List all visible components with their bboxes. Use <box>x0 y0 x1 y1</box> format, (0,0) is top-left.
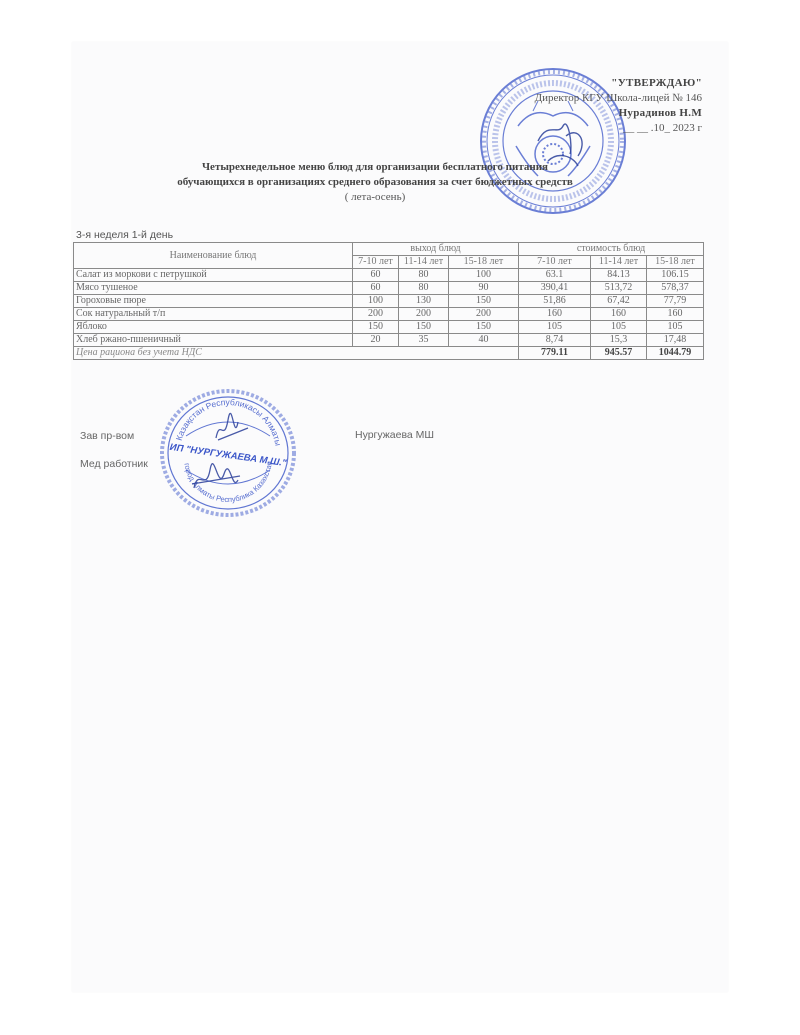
title-line-3: ( лета-осень) <box>150 190 600 205</box>
header-row: Наименование блюд выход блюд стоимость б… <box>74 243 704 256</box>
table-row: Сок натуральный т/п200200200160160160 <box>74 308 704 321</box>
cost-age-1: 7-10 лет <box>519 256 591 269</box>
dish-output: 60 <box>353 282 399 295</box>
dish-cost: 15,3 <box>591 334 647 347</box>
document-title: Четырехнедельное меню блюд для организац… <box>150 160 600 205</box>
dish-cost: 63.1 <box>519 269 591 282</box>
output-age-2: 11-14 лет <box>399 256 449 269</box>
output-age-1: 7-10 лет <box>353 256 399 269</box>
total-label: Цена рациона без учета НДС <box>74 347 519 360</box>
dish-name: Салат из моркови с петрушкой <box>74 269 353 282</box>
dish-output: 90 <box>449 282 519 295</box>
dish-output: 60 <box>353 269 399 282</box>
week-day-label: 3-я неделя 1-й день <box>76 229 173 241</box>
dish-cost: 513,72 <box>591 282 647 295</box>
dish-output: 150 <box>449 295 519 308</box>
dish-output: 130 <box>399 295 449 308</box>
dish-output: 200 <box>353 308 399 321</box>
dish-cost: 67,42 <box>591 295 647 308</box>
table-row: Салат из моркови с петрушкой608010063.18… <box>74 269 704 282</box>
approval-position: Директор КГУ Школа-лицей № 146 <box>535 91 702 106</box>
output-header: выход блюд <box>353 243 519 256</box>
dish-cost: 84.13 <box>591 269 647 282</box>
table-row: Гороховые пюре10013015051,8667,4277,79 <box>74 295 704 308</box>
dish-cost: 390,41 <box>519 282 591 295</box>
table-row: Мясо тушеное608090390,41513,72578,37 <box>74 282 704 295</box>
dish-cost: 105 <box>647 321 704 334</box>
head-of-production-name: Нургужаева МШ <box>355 429 434 441</box>
total-cost: 945.57 <box>591 347 647 360</box>
dish-name: Хлеб ржано-пшеничный <box>74 334 353 347</box>
dish-cost: 578,37 <box>647 282 704 295</box>
dish-output: 200 <box>399 308 449 321</box>
approval-block: "УТВЕРЖДАЮ" Директор КГУ Школа-лицей № 1… <box>535 76 702 136</box>
dish-cost: 160 <box>519 308 591 321</box>
output-age-3: 15-18 лет <box>449 256 519 269</box>
dish-name: Гороховые пюре <box>74 295 353 308</box>
approval-name: Нурадинов Н.М <box>535 106 702 121</box>
approval-heading: "УТВЕРЖДАЮ" <box>535 76 702 91</box>
dish-output: 100 <box>449 269 519 282</box>
dish-output: 35 <box>399 334 449 347</box>
total-cost: 1044.79 <box>647 347 704 360</box>
menu-table: Наименование блюд выход блюд стоимость б… <box>73 242 704 360</box>
dish-name: Сок натуральный т/п <box>74 308 353 321</box>
dish-output: 200 <box>449 308 519 321</box>
dish-cost: 105 <box>591 321 647 334</box>
cost-age-3: 15-18 лет <box>647 256 704 269</box>
cost-age-2: 11-14 лет <box>591 256 647 269</box>
dish-output: 150 <box>353 321 399 334</box>
dish-cost: 160 <box>647 308 704 321</box>
title-line-1: Четырехнедельное меню блюд для организац… <box>150 160 600 175</box>
medic-label: Мед работник <box>80 458 148 470</box>
dish-output: 150 <box>449 321 519 334</box>
total-row: Цена рациона без учета НДС779.11945.5710… <box>74 347 704 360</box>
total-cost: 779.11 <box>519 347 591 360</box>
title-line-2: обучающихся в организациях среднего обра… <box>150 175 600 190</box>
approval-date: __ __ .10_ 2023 г <box>535 121 702 136</box>
table-row: Хлеб ржано-пшеничный2035408,7415,317,48 <box>74 334 704 347</box>
table-row: Яблоко150150150105105105 <box>74 321 704 334</box>
dish-cost: 17,48 <box>647 334 704 347</box>
dish-output: 80 <box>399 269 449 282</box>
dish-output: 40 <box>449 334 519 347</box>
cost-header: стоимость блюд <box>519 243 704 256</box>
dish-cost: 160 <box>591 308 647 321</box>
dish-output: 20 <box>353 334 399 347</box>
head-of-production-label: Зав пр-вом <box>80 430 134 442</box>
dish-name-header: Наименование блюд <box>74 243 353 269</box>
dish-cost: 106.15 <box>647 269 704 282</box>
dish-output: 80 <box>399 282 449 295</box>
dish-output: 100 <box>353 295 399 308</box>
dish-cost: 8,74 <box>519 334 591 347</box>
dish-cost: 77,79 <box>647 295 704 308</box>
dish-name: Мясо тушеное <box>74 282 353 295</box>
ip-stamp: Казақстан Республикасы Алматы город Алма… <box>158 388 298 518</box>
dish-name: Яблоко <box>74 321 353 334</box>
dish-output: 150 <box>399 321 449 334</box>
dish-cost: 105 <box>519 321 591 334</box>
dish-cost: 51,86 <box>519 295 591 308</box>
